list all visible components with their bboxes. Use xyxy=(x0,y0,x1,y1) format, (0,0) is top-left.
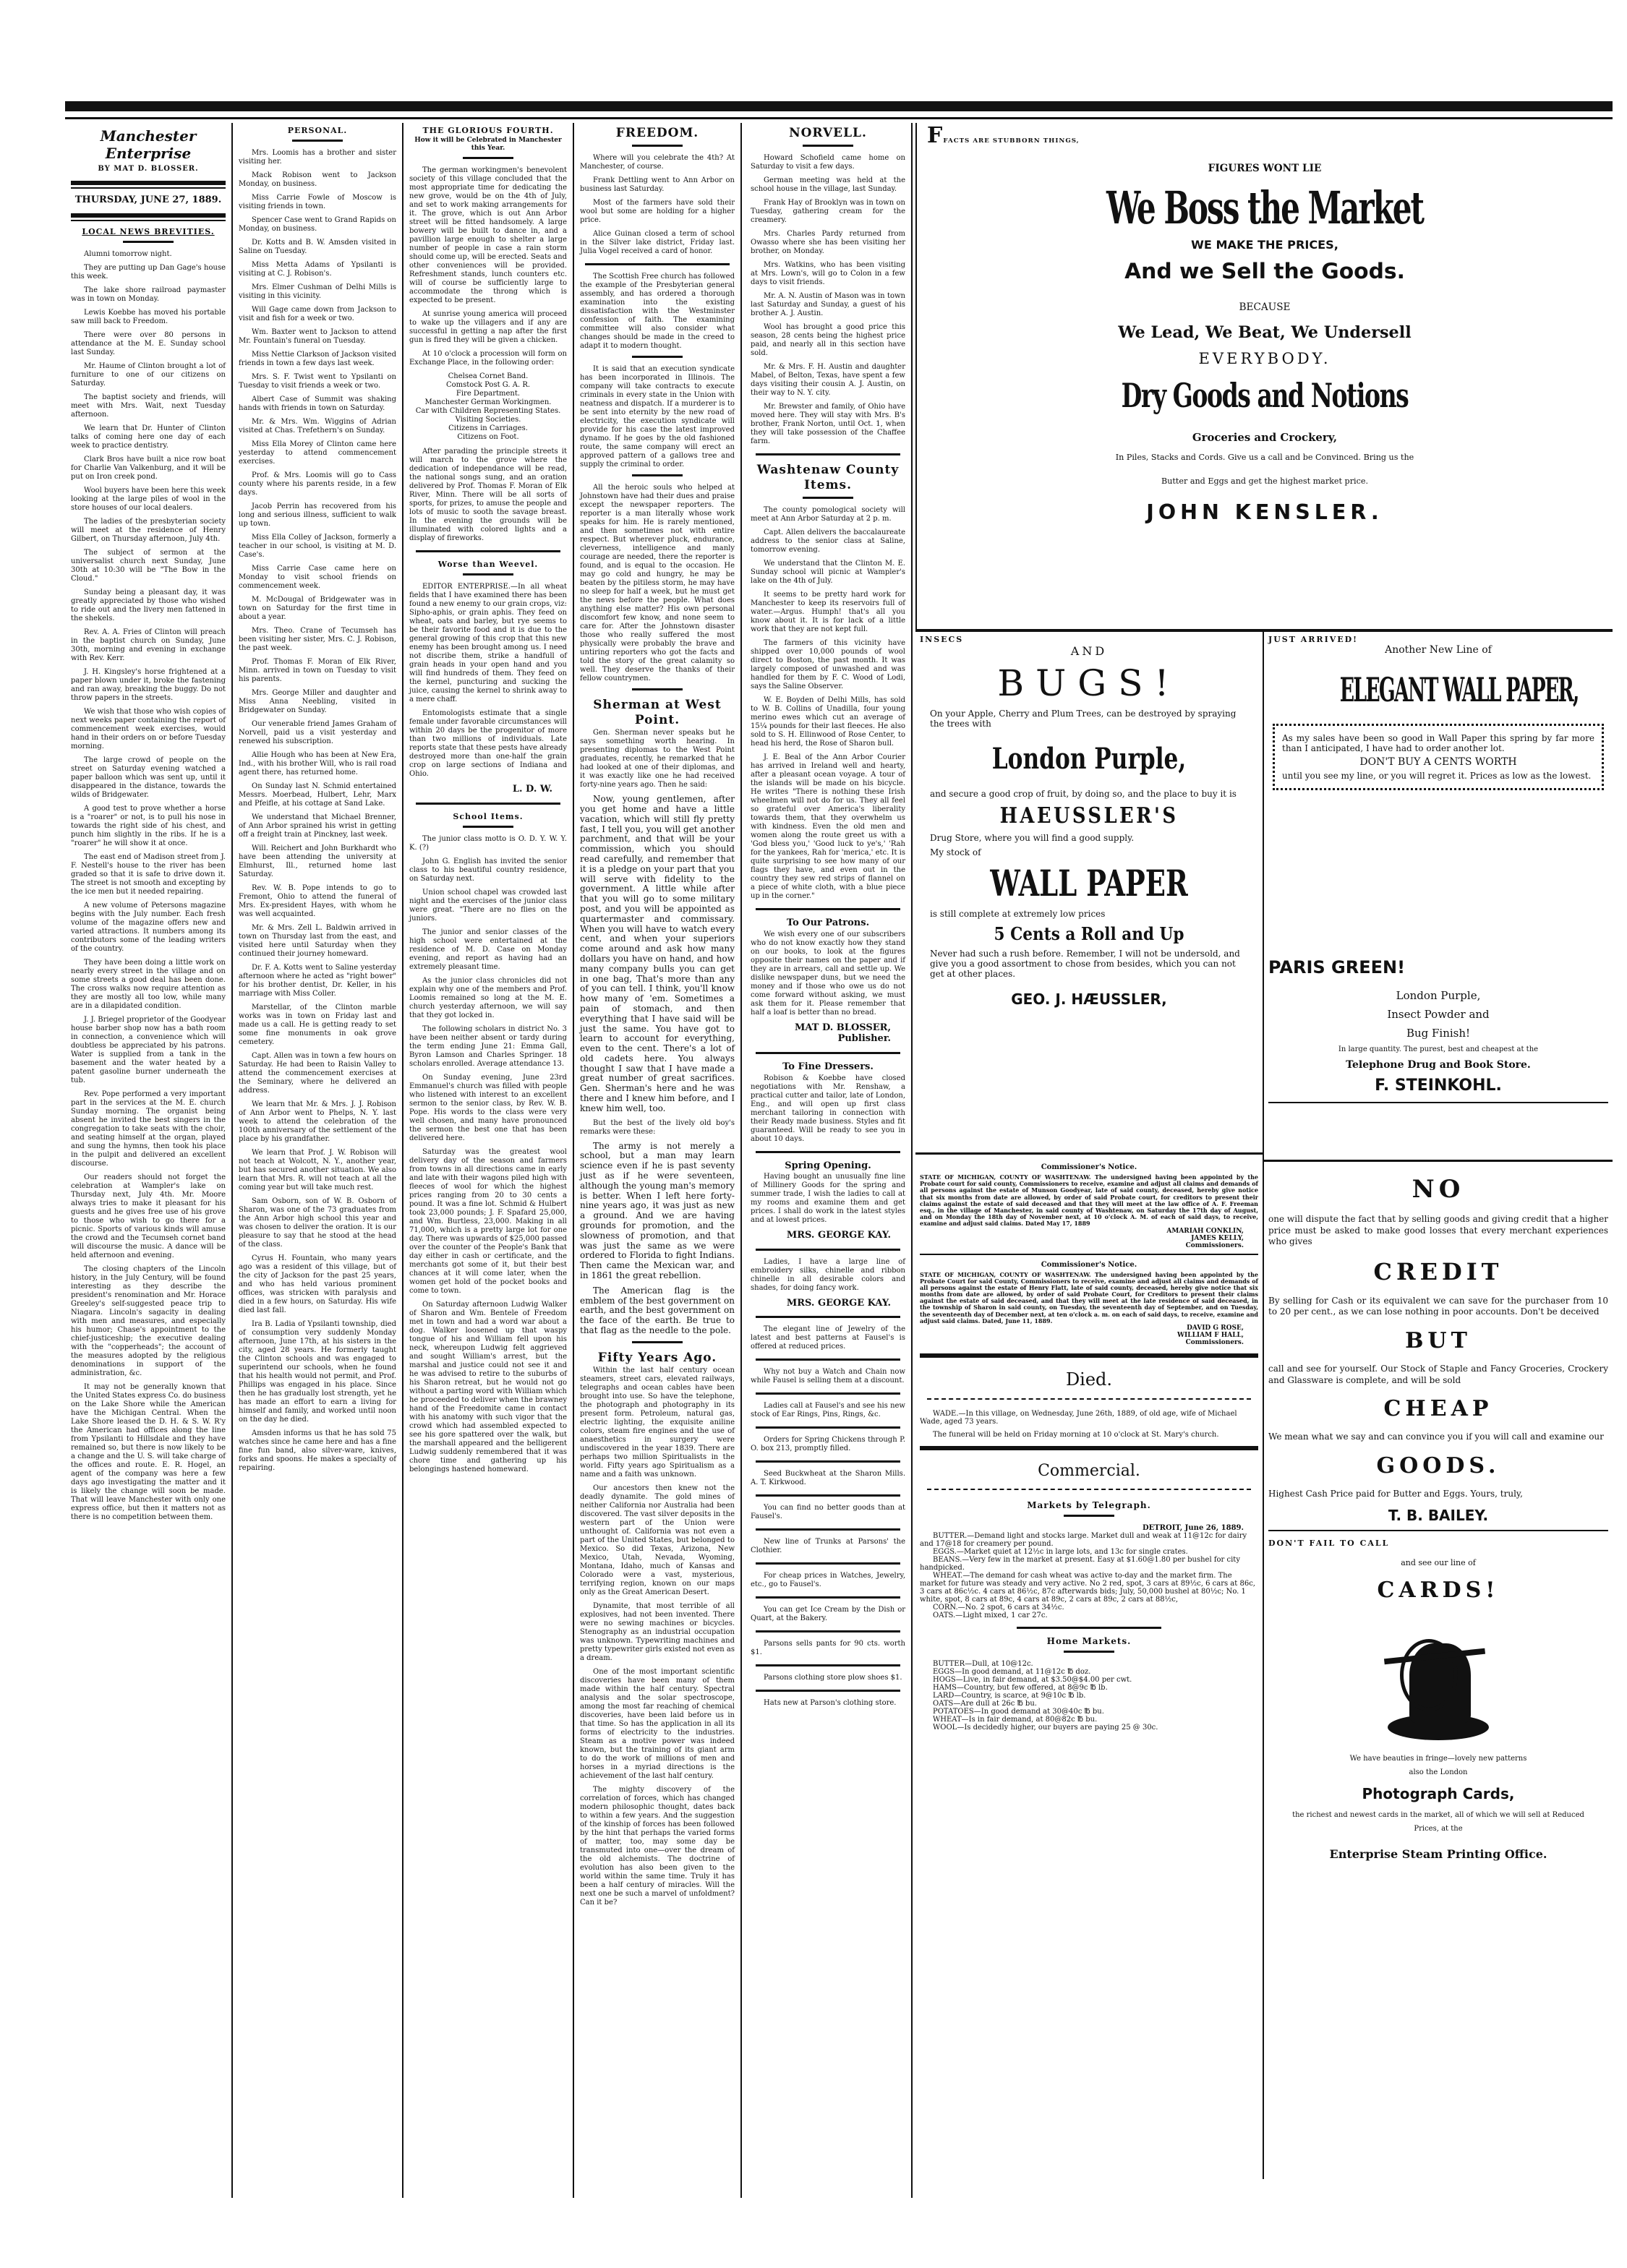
top-rule xyxy=(65,101,1613,111)
top-rule-thin xyxy=(65,117,1613,119)
overlay-columns xyxy=(65,123,1620,2198)
